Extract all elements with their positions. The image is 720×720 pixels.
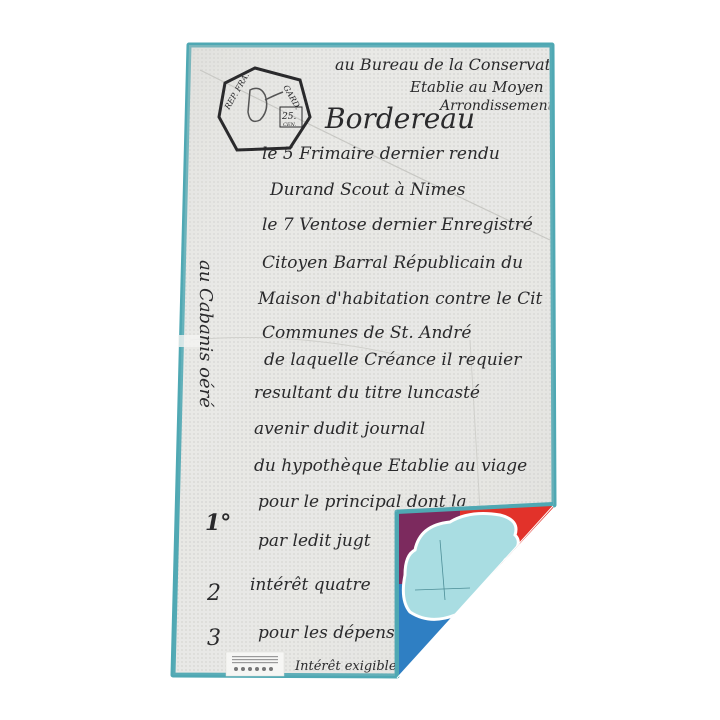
manuscript-line: Intérêt exigible xyxy=(294,659,397,674)
manuscript-line: Maison d'habitation contre le Cit xyxy=(257,289,543,309)
folded-corner-reverse xyxy=(397,504,560,680)
manuscript-line: Citoyen Barral Républicain du xyxy=(262,253,523,273)
product-photo: REP. FRA. GARD. 25. CEN. au Bureau de la… xyxy=(0,0,720,720)
manuscript-line: par ledit jugt xyxy=(258,531,371,551)
manuscript-line: du hypothèque Etablie au viage xyxy=(254,456,527,476)
manuscript-line: Etablie au Moyen xyxy=(409,78,544,96)
manuscript-line: intérêt quatre xyxy=(250,575,371,595)
manuscript-line: Durand Scout à Nimes xyxy=(269,180,466,200)
margin-note: au Cabanis oéré xyxy=(195,260,216,408)
manuscript-line: le 7 Ventose dernier Enregistré xyxy=(262,215,533,235)
manuscript-line: avenir dudit journal xyxy=(254,419,425,439)
list-number: 2 xyxy=(206,581,221,606)
stamp-value: 25. xyxy=(281,112,296,122)
towel-illustration: REP. FRA. GARD. 25. CEN. au Bureau de la… xyxy=(0,0,720,720)
stamp-unit: CEN. xyxy=(283,122,297,128)
manuscript-line: resultant du titre luncasté xyxy=(254,383,480,403)
manuscript-line: Communes de St. André xyxy=(262,323,472,343)
manuscript-line: le 5 Frimaire dernier rendu xyxy=(262,144,500,164)
manuscript-line: pour les dépens xyxy=(258,623,395,643)
care-label xyxy=(226,652,284,676)
list-number: 3 xyxy=(207,626,221,651)
manuscript-line: de laquelle Créance il requier xyxy=(264,350,522,370)
list-number: 1° xyxy=(205,510,231,536)
manuscript-line: au Bureau de la Conservation xyxy=(335,55,576,74)
manuscript-line: Bordereau xyxy=(324,102,475,135)
